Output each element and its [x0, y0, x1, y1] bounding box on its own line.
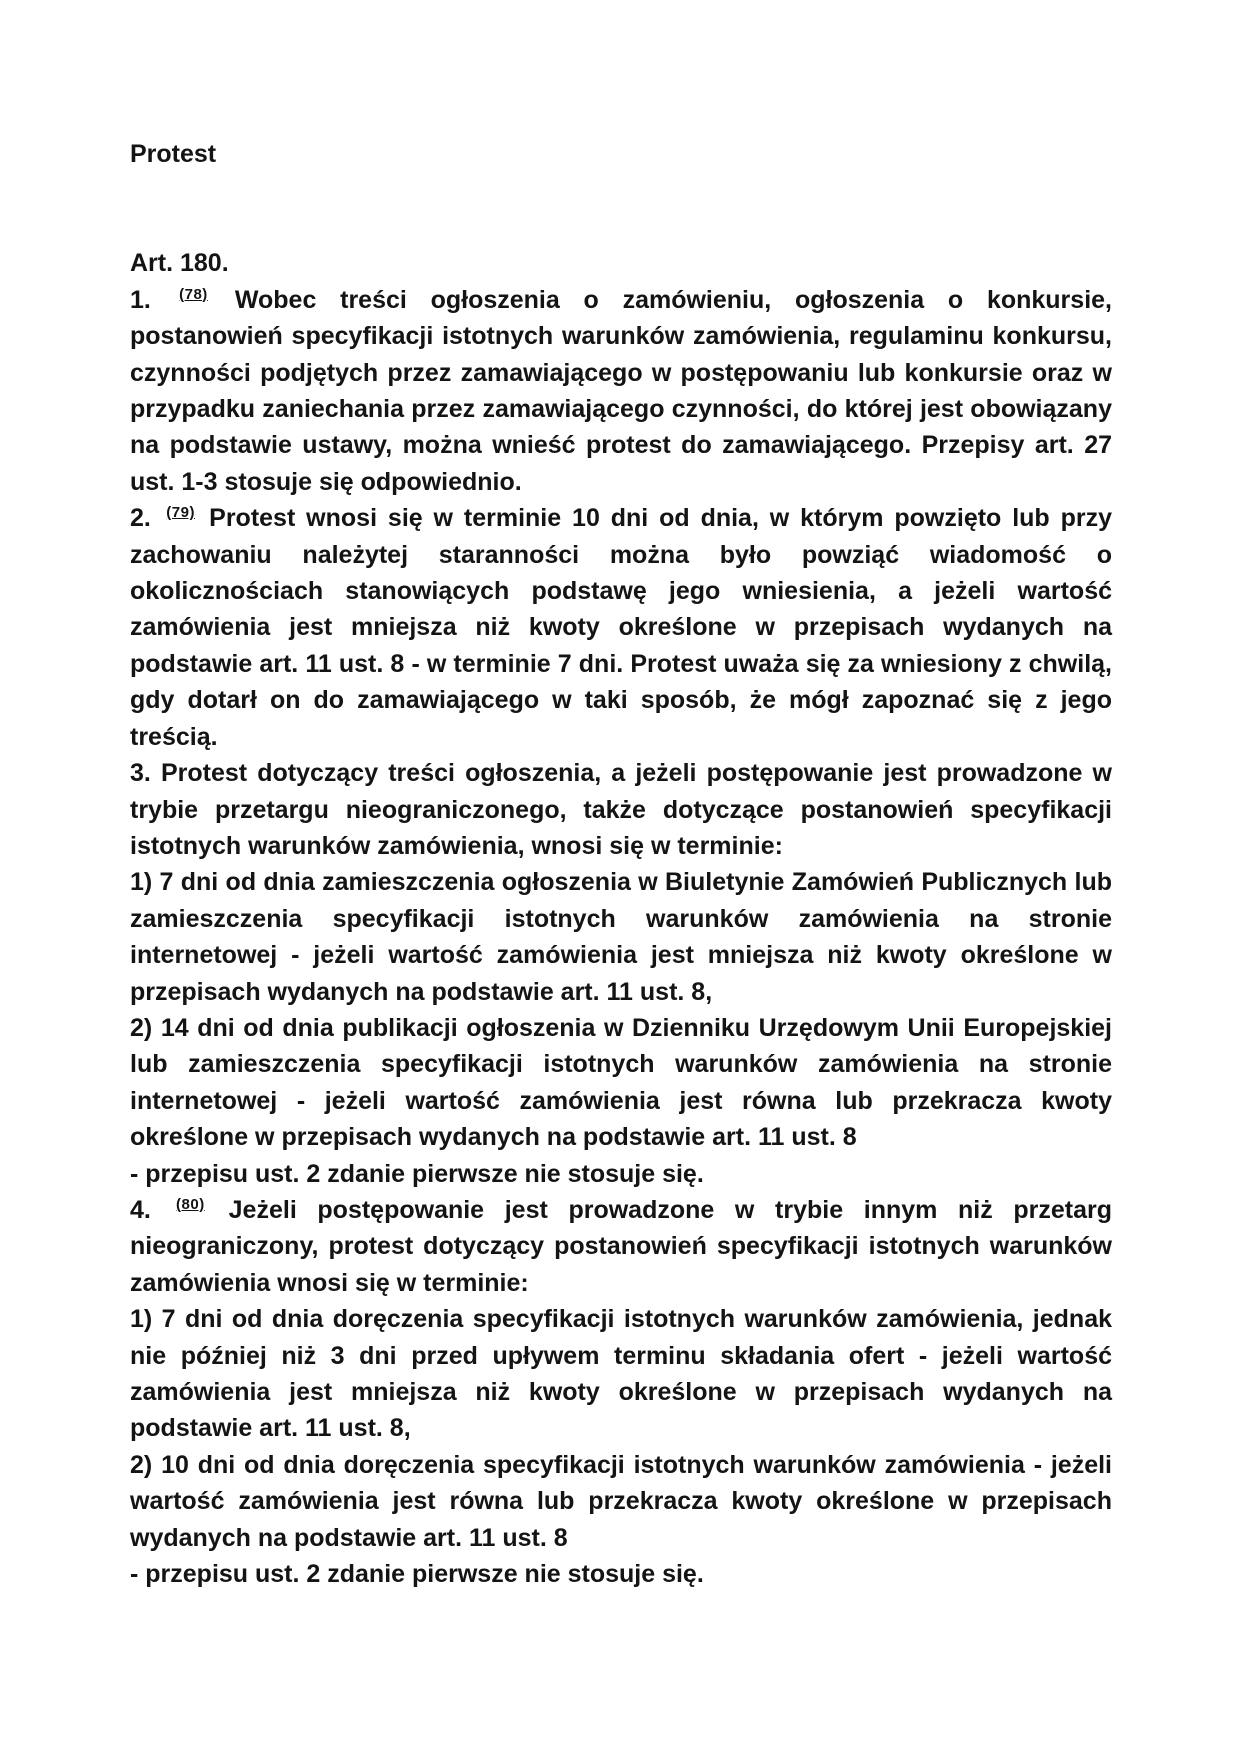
list-item-text: 7 dni od dnia doręczenia specyfikacji is… — [130, 1305, 1112, 1442]
paragraph-3-item-2: 2) 14 dni od dnia publikacji ogłoszenia … — [130, 1010, 1112, 1156]
list-item-text: 7 dni od dnia zamieszczenia ogłoszenia w… — [130, 868, 1112, 1005]
paragraph-text: - przepisu ust. 2 zdanie pierwsze nie st… — [130, 1560, 704, 1588]
paragraph-1: 1. (78) Wobec treści ogłoszenia o zamówi… — [130, 282, 1112, 500]
paragraph-number: 2. — [130, 504, 151, 532]
paragraph-4-item-1: 1) 7 dni od dnia doręczenia specyfikacji… — [130, 1301, 1112, 1447]
list-item-number: 2) — [130, 1451, 152, 1479]
paragraph-text: - przepisu ust. 2 zdanie pierwsze nie st… — [130, 1160, 704, 1188]
paragraph-4-item-2: 2) 10 dni od dnia doręczenia specyfikacj… — [130, 1447, 1112, 1556]
article-heading: Art. 180. — [130, 245, 1112, 281]
footnote-marker-78: (78) — [175, 286, 211, 303]
paragraph-text: Protest wnosi się w terminie 10 dni od d… — [130, 504, 1112, 750]
paragraph-text: Jeżeli postępowanie jest prowadzone w tr… — [130, 1196, 1112, 1297]
list-item-text: 10 dni od dnia doręczenia specyfikacji i… — [130, 1451, 1112, 1552]
footnote-marker-80: (80) — [172, 1196, 208, 1213]
paragraph-3: 3. Protest dotyczący treści ogłoszenia, … — [130, 755, 1112, 864]
document-page: Protest Art. 180. 1. (78) Wobec treści o… — [0, 0, 1240, 1754]
list-item-number: 2) — [130, 1014, 152, 1042]
paragraph-number: 1. — [130, 286, 151, 314]
paragraph-text: Protest dotyczący treści ogłoszenia, a j… — [130, 759, 1112, 860]
paragraph-number: 3. — [130, 759, 151, 787]
document-title: Protest — [130, 136, 1112, 172]
paragraph-text: Wobec treści ogłoszenia o zamówieniu, og… — [130, 286, 1112, 496]
list-item-number: 1) — [130, 868, 152, 896]
paragraph-2: 2. (79) Protest wnosi się w terminie 10 … — [130, 500, 1112, 755]
paragraph-4: 4. (80) Jeżeli postępowanie jest prowadz… — [130, 1192, 1112, 1301]
list-item-text: 14 dni od dnia publikacji ogłoszenia w D… — [130, 1014, 1112, 1151]
paragraph-4-closing-clause: - przepisu ust. 2 zdanie pierwsze nie st… — [130, 1556, 1112, 1592]
footnote-marker-79: (79) — [162, 504, 198, 521]
list-item-number: 1) — [130, 1305, 152, 1333]
paragraph-3-closing-clause: - przepisu ust. 2 zdanie pierwsze nie st… — [130, 1156, 1112, 1192]
paragraph-number: 4. — [130, 1196, 151, 1224]
paragraph-3-item-1: 1) 7 dni od dnia zamieszczenia ogłoszeni… — [130, 864, 1112, 1010]
